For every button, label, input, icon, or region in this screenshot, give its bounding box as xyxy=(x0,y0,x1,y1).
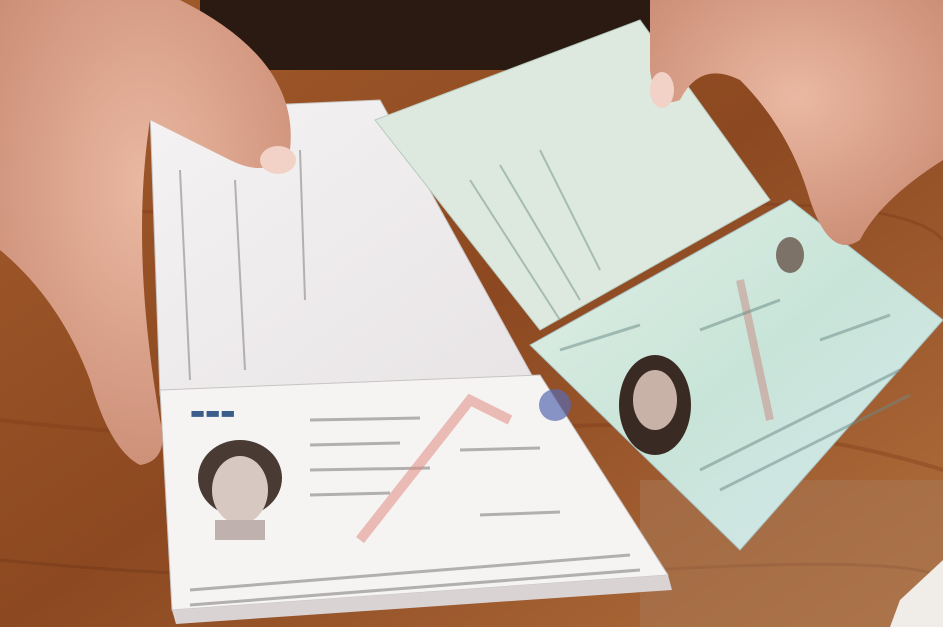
scene-illustration: ▬▬▬ xyxy=(0,0,943,627)
photo-scene: ▬▬▬ xyxy=(0,0,943,627)
right-portrait-photo xyxy=(619,355,691,455)
svg-text:▬▬▬: ▬▬▬ xyxy=(190,403,235,422)
